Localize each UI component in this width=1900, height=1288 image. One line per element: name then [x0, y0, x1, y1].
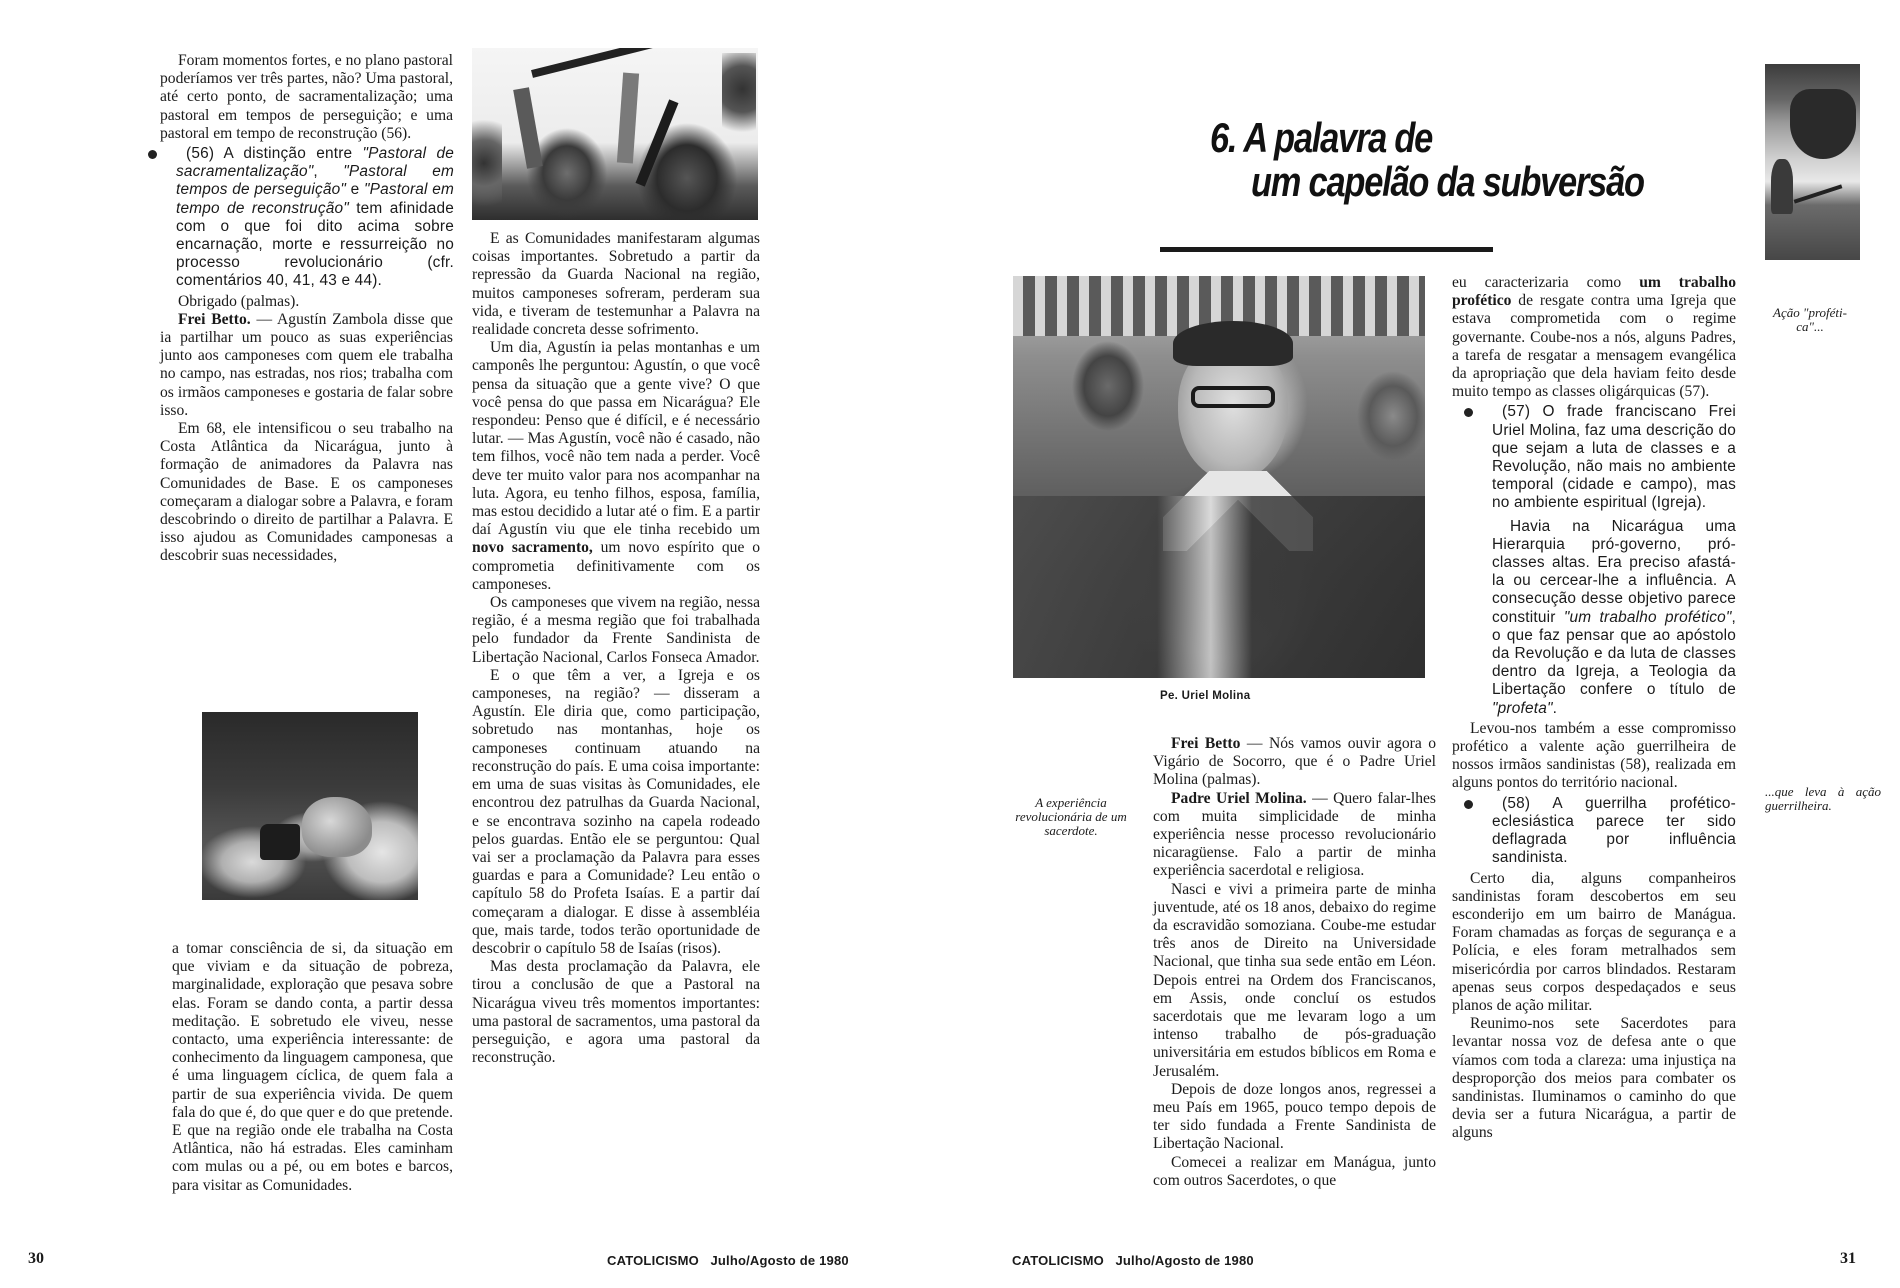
- paragraph: Nasci e vivi a primeira parte de minha j…: [1153, 881, 1436, 1081]
- father-uriel-molina-photo: [1013, 276, 1425, 678]
- pistol-shape: [260, 824, 300, 860]
- paragraph: E as Comunidades manifestaram algumas co…: [472, 230, 760, 339]
- hair-shape: [1173, 321, 1293, 366]
- right-footer: CATOLICISMO Julho/Agosto de 1980: [1012, 1253, 1254, 1268]
- paragraph: Reunimo-nos sete Sacerdotes para levanta…: [1452, 1015, 1736, 1142]
- title-line-2: um capelão da subversão: [1210, 160, 1644, 204]
- left-page-column-2: E as Comunidades manifestaram algumas co…: [472, 230, 760, 1067]
- paragraph: a tomar consciência de si, da situação e…: [172, 940, 453, 1195]
- paragraph: Comecei a realizar em Manágua, junto com…: [1153, 1154, 1436, 1190]
- paragraph: Frei Betto. — Agustín Zambola disse que …: [160, 311, 453, 420]
- footnote-57: (57) O frade franciscano Frei Uriel Moli…: [1464, 403, 1736, 717]
- foliage-shape: [722, 53, 756, 143]
- raised-arm-shape: [617, 73, 639, 164]
- paragraph: Foram momentos fortes, e no plano pastor…: [160, 52, 453, 143]
- bell-shape: [1790, 89, 1856, 159]
- face-shape: [302, 797, 372, 857]
- bullet-icon: [1464, 800, 1473, 809]
- young-fighter-aiming-pistol-photo: [202, 712, 418, 900]
- speaker-name: Padre Uriel Molina.: [1171, 790, 1307, 807]
- jacket-shape: [1013, 496, 1425, 678]
- footnote-text: Havia na Nicarágua uma Hierarquia pró-go…: [1492, 518, 1736, 718]
- footnote-58: (58) A guerrilha profético-eclesiástica …: [1464, 795, 1736, 868]
- paragraph: eu caracterizaria como um trabalho profé…: [1452, 274, 1736, 401]
- footnote-text: (57) O frade franciscano Frei Uriel Moli…: [1492, 403, 1736, 512]
- paragraph: Padre Uriel Molina. — Quero falar-lhes c…: [1153, 790, 1436, 881]
- left-footer: CATOLICISMO Julho/Agosto de 1980: [607, 1253, 849, 1268]
- guerrilla-celebration-photo: [472, 48, 758, 220]
- bullet-icon: [1464, 408, 1473, 417]
- paragraph: Frei Betto — Nós vamos ouvir agora o Vig…: [1153, 735, 1436, 790]
- title-rule: [1160, 247, 1493, 252]
- left-page-column-1: Foram momentos fortes, e no plano pastor…: [160, 52, 453, 566]
- rifle-shape: [636, 99, 679, 186]
- page-number-right: 31: [1840, 1250, 1856, 1268]
- footnote-56: (56) A distinção entre "Pastoral de sacr…: [148, 145, 454, 291]
- issue-date: Julho/Agosto de 1980: [1115, 1253, 1253, 1268]
- machine-gun-shape: [1794, 184, 1843, 203]
- glasses-shape: [1191, 386, 1275, 408]
- paragraph: Obrigado (palmas).: [160, 293, 453, 311]
- guerrilla-silhouette-photo: [1765, 64, 1860, 260]
- raised-arm-shape: [513, 87, 543, 169]
- side-note-experience: A experiência revolucionária de um sacer…: [1012, 796, 1130, 838]
- title-line-1: 6. A palavra de: [1210, 116, 1644, 160]
- paragraph: Em 68, ele intensificou o seu trabalho n…: [160, 420, 453, 566]
- right-page-column-2: eu caracterizaria como um trabalho profé…: [1452, 274, 1736, 1143]
- speaker-name: Frei Betto: [1171, 735, 1240, 752]
- left-page-column-1-continued: a tomar consciência de si, da situação e…: [172, 940, 453, 1195]
- foliage-shape: [472, 108, 502, 218]
- paragraph: E o que têm a ver, a Igreja e os campone…: [472, 667, 760, 958]
- paragraph: Mas desta proclamação da Palavra, ele ti…: [472, 958, 760, 1067]
- right-page-column-1: Frei Betto — Nós vamos ouvir agora o Vig…: [1153, 735, 1436, 1190]
- side-note-prophetic-action: Ação "proféti-ca"...: [1765, 306, 1855, 334]
- page-number-left: 30: [28, 1250, 44, 1268]
- footnote-text: (58) A guerrilha profético-eclesiástica …: [1492, 795, 1736, 868]
- magazine-name: CATOLICISMO: [607, 1253, 699, 1268]
- paragraph: Certo dia, alguns companheiros sandinist…: [1452, 870, 1736, 1016]
- speaker-name: Frei Betto.: [178, 311, 251, 328]
- paragraph: Um dia, Agustín ia pelas montanhas e um …: [472, 339, 760, 594]
- photo-caption: Pe. Uriel Molina: [1160, 690, 1250, 702]
- paragraph: Os camponeses que vivem na região, nessa…: [472, 594, 760, 667]
- footnote-text: (56) A distinção entre "Pastoral de sacr…: [176, 145, 454, 291]
- paragraph: Depois de doze longos anos, regressei a …: [1153, 1081, 1436, 1154]
- bullet-icon: [148, 150, 157, 159]
- issue-date: Julho/Agosto de 1980: [710, 1253, 848, 1268]
- side-note-guerrilla-action: ...que leva à ação guerrilheira.: [1765, 785, 1881, 813]
- magazine-name: CATOLICISMO: [1012, 1253, 1104, 1268]
- article-title: 6. A palavra de um capelão da subversão: [1210, 116, 1644, 204]
- paragraph: Levou-nos também a esse compromisso prof…: [1452, 720, 1736, 793]
- soldier-silhouette: [1771, 159, 1793, 214]
